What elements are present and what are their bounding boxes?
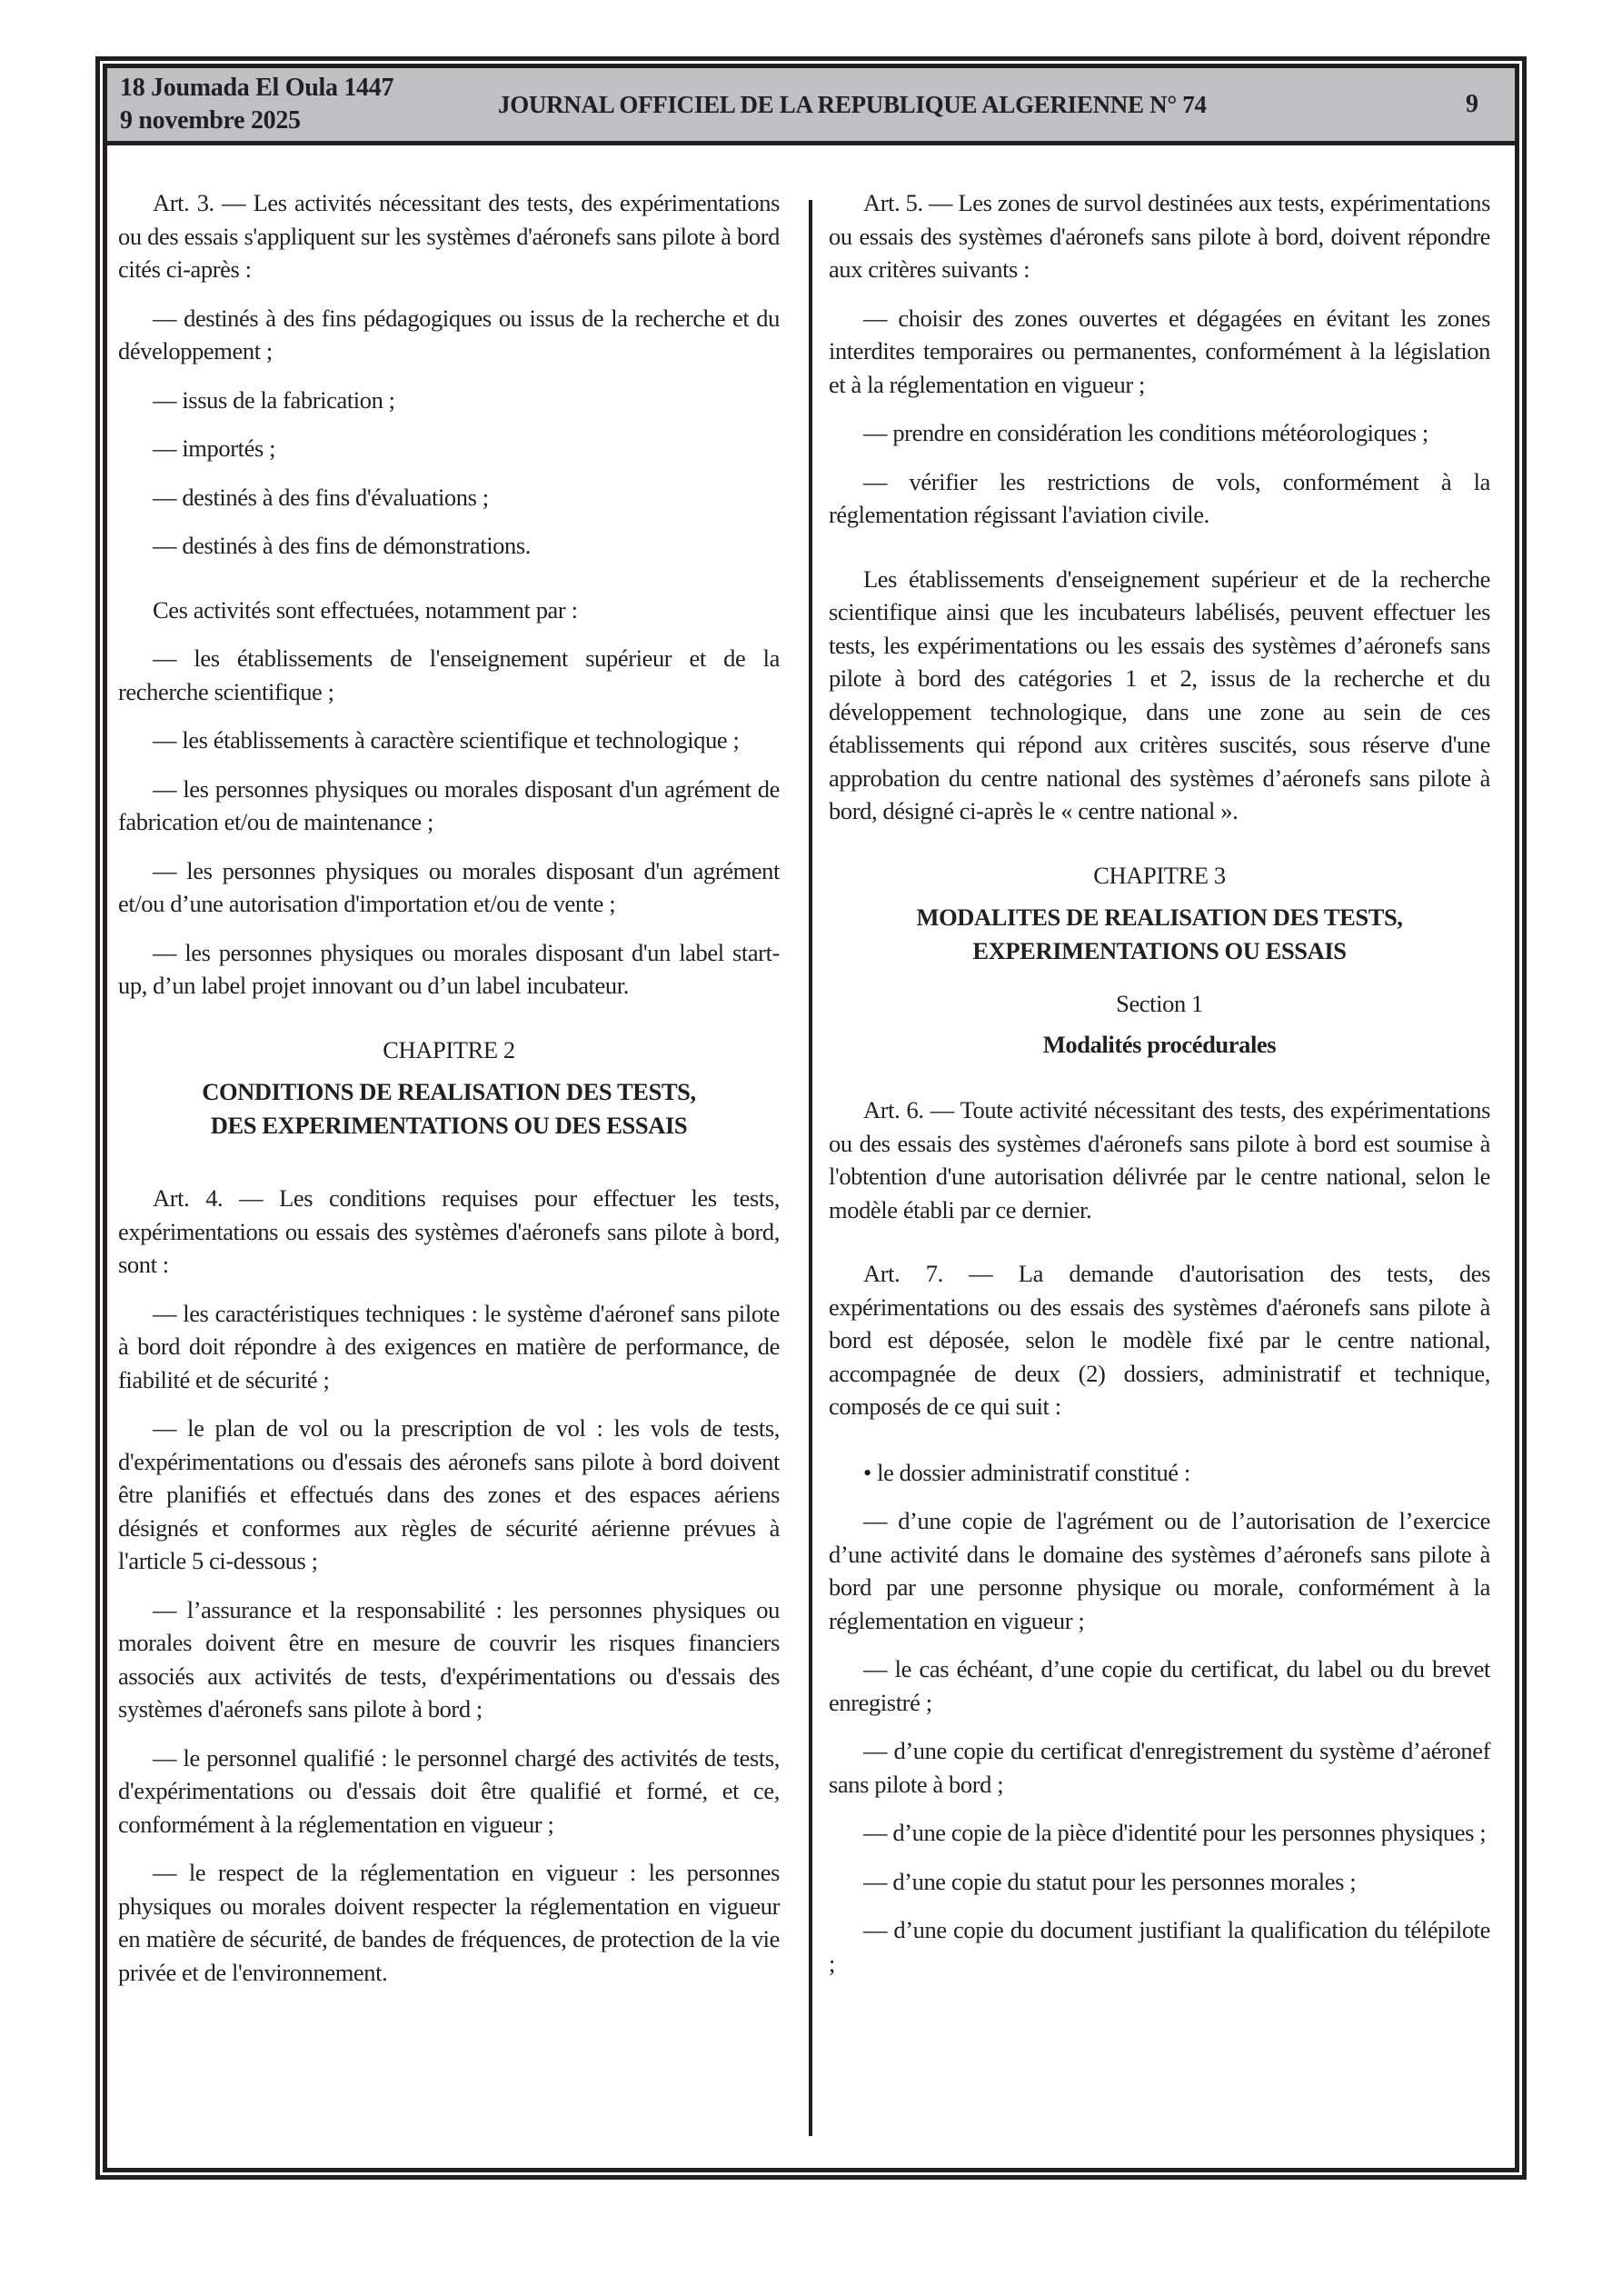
right-column: Art. 5. — Les zones de survol destinées … [829, 186, 1490, 1995]
art5-intro: Art. 5. — Les zones de survol destinées … [829, 186, 1490, 286]
art7-item: — d’une copie de la pièce d'identité pou… [829, 1816, 1490, 1850]
section-label: Section 1 [829, 987, 1490, 1021]
journal-header: 18 Joumada El Oula 1447 9 novembre 2025 … [107, 68, 1515, 145]
art5-item: — vérifier les restrictions de vols, con… [829, 465, 1490, 532]
chapter3-label: CHAPITRE 3 [829, 859, 1490, 893]
chapter3-title: MODALITES DE REALISATION DES TESTS, EXPE… [829, 901, 1490, 967]
art7-item: — d’une copie du statut pour les personn… [829, 1865, 1490, 1899]
art3-performer: — les personnes physiques ou morales dis… [118, 773, 780, 839]
page-number: 9 [1466, 88, 1478, 121]
art3-item: — destinés à des fins de démonstrations. [118, 529, 780, 563]
column-divider [809, 200, 812, 2136]
art7-item: — le cas échéant, d’une copie du certifi… [829, 1652, 1490, 1719]
section-title: Modalités procédurales [829, 1028, 1490, 1062]
chapter2-label: CHAPITRE 2 [118, 1033, 780, 1067]
art5-item: — prendre en considération les condition… [829, 416, 1490, 450]
art5-closing: Les établissements d'enseignement supéri… [829, 563, 1490, 828]
chapter2-title-line1: CONDITIONS DE REALISATION DES TESTS, [118, 1075, 780, 1109]
chapter3-title-line2: EXPERIMENTATIONS OU ESSAIS [829, 934, 1490, 968]
art7-item: — d’une copie de l'agrément ou de l’auto… [829, 1504, 1490, 1637]
art3-intro: Art. 3. — Les activités nécessitant des … [118, 186, 780, 286]
chapter3-title-line1: MODALITES DE REALISATION DES TESTS, [829, 901, 1490, 934]
art3-item: — destinés à des fins pédagogiques ou is… [118, 302, 780, 368]
art3-performer: — les établissements de l'enseignement s… [118, 642, 780, 708]
art3-performed-by-intro: Ces activités sont effectuées, notamment… [118, 594, 780, 627]
art6-text: Art. 6. — Toute activité nécessitant des… [829, 1093, 1490, 1226]
gregorian-date: 9 novembre 2025 [120, 105, 393, 137]
left-column: Art. 3. — Les activités nécessitant des … [118, 186, 780, 2004]
art3-performer: — les personnes physiques ou morales dis… [118, 854, 780, 921]
art4-item: — les caractéristiques techniques : le s… [118, 1297, 780, 1397]
art3-item: — issus de la fabrication ; [118, 384, 780, 417]
art7-item: — d’une copie du document justifiant la … [829, 1913, 1490, 1980]
chapter2-title: CONDITIONS DE REALISATION DES TESTS, DES… [118, 1075, 780, 1142]
art7-bullet: • le dossier administratif constitué : [829, 1456, 1490, 1490]
art4-item: — l’assurance et la responsabilité : les… [118, 1593, 780, 1726]
art3-performer: — les établissements à caractère scienti… [118, 724, 780, 757]
art4-item: — le personnel qualifié : le personnel c… [118, 1742, 780, 1842]
chapter2-title-line2: DES EXPERIMENTATIONS OU DES ESSAIS [118, 1109, 780, 1143]
art4-intro: Art. 4. — Les conditions requises pour e… [118, 1182, 780, 1282]
art4-item: — le respect de la réglementation en vig… [118, 1856, 780, 1989]
hijri-date: 18 Joumada El Oula 1447 [120, 72, 393, 105]
art5-item: — choisir des zones ouvertes et dégagées… [829, 302, 1490, 402]
journal-title: JOURNAL OFFICIEL DE LA REPUBLIQUE ALGERI… [498, 88, 1207, 121]
art3-item: — destinés à des fins d'évaluations ; [118, 481, 780, 514]
art7-item: — d’une copie du certificat d'enregistre… [829, 1734, 1490, 1801]
art3-performer: — les personnes physiques ou morales dis… [118, 936, 780, 1003]
art4-item: — le plan de vol ou la prescription de v… [118, 1412, 780, 1578]
art3-item: — importés ; [118, 432, 780, 465]
header-dates: 18 Joumada El Oula 1447 9 novembre 2025 [120, 72, 393, 137]
art7-intro: Art. 7. — La demande d'autorisation des … [829, 1257, 1490, 1423]
